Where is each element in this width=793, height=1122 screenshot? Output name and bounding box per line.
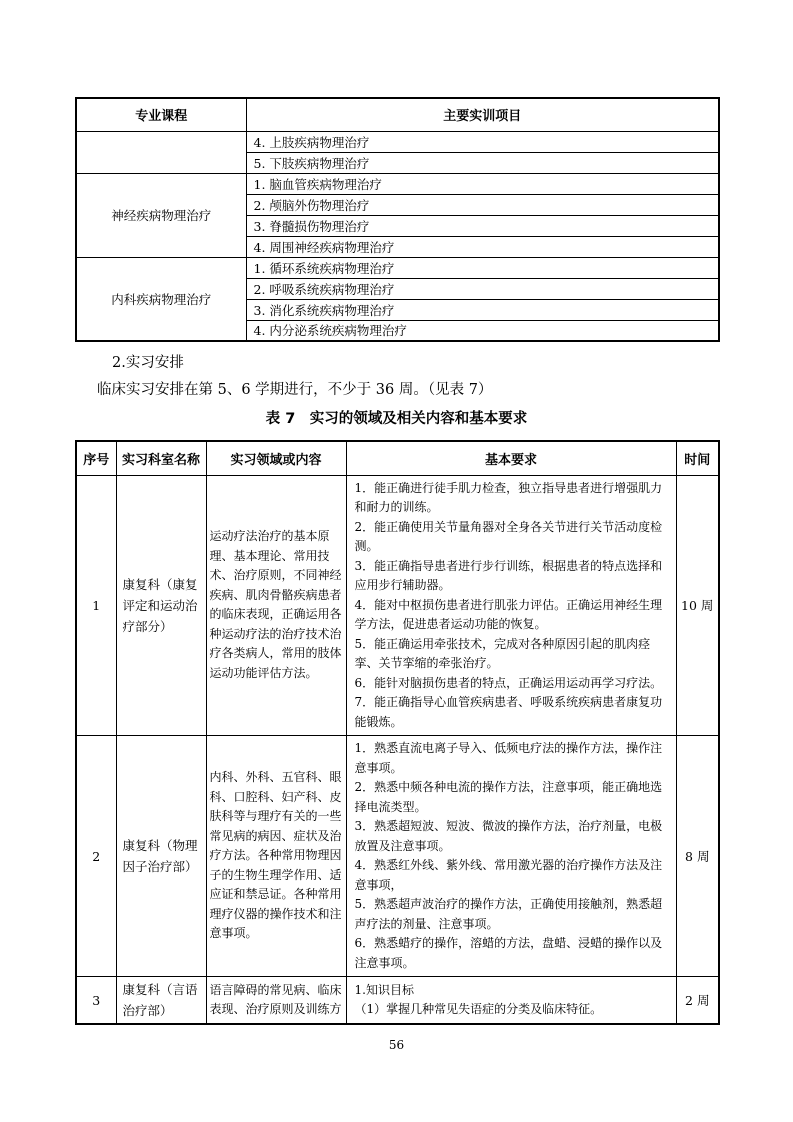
department-cell: 康复科（言语治疗部） [116, 977, 206, 1025]
department-cell: 康复科（康复评定和运动治疗部分） [116, 475, 206, 736]
document-page: 专业课程 主要实训项目 4. 上肢疾病物理治疗5. 下肢疾病物理治疗神经疾病物理… [0, 0, 793, 1122]
duration-cell: 2 周 [676, 977, 719, 1025]
page-number: 56 [0, 1038, 793, 1052]
training-item-cell: 4. 内分泌系统疾病物理治疗 [246, 320, 719, 341]
requirement-line: 4．能对中枢损伤患者进行肌张力评估。正确运用神经生理学方法，促进患者运动功能的恢… [355, 596, 668, 635]
internship-row: 1康复科（康复评定和运动治疗部分）运动疗法治疗的基本原理、基本理论、常用技术、治… [76, 475, 719, 736]
training-item-cell: 5. 下肢疾病物理治疗 [246, 152, 719, 173]
requirement-line: 6．熟悉蜡疗的操作，溶蜡的方法，盘蜡、浸蜡的操作以及注意事项。 [355, 934, 668, 973]
table1-header-projects: 主要实训项目 [246, 98, 719, 131]
table7-title: 表 7 实习的领域及相关内容和基本要求 [75, 407, 718, 428]
training-item-cell: 4. 上肢疾病物理治疗 [246, 131, 719, 152]
requirement-line: 2．能正确使用关节量角器对全身各关节进行关节活动度检测。 [355, 518, 668, 557]
requirement-line: 3．熟悉超短波、短波、微波的操作方法，治疗剂量，电极放置及注意事项。 [355, 817, 668, 856]
field-content-cell: 语言障碍的常见病、临床表现、治疗原则及训练方 [206, 977, 346, 1025]
field-content-cell: 运动疗法治疗的基本原理、基本理论、常用技术、治疗原则，不同神经疾病、肌肉骨骼疾病… [206, 475, 346, 736]
training-item-cell: 1. 循环系统疾病物理治疗 [246, 257, 719, 278]
table7-header-requirements: 基本要求 [346, 441, 676, 475]
course-name-cell: 神经疾病物理治疗 [76, 173, 246, 257]
table7-header-dept: 实习科室名称 [116, 441, 206, 475]
training-item-cell: 4. 周围神经疾病物理治疗 [246, 236, 719, 257]
table7-header-content: 实习领域或内容 [206, 441, 346, 475]
requirements-cell: 1．熟悉直流电离子导入、低频电疗法的操作方法，操作注意事项。2．熟悉中频各种电流… [346, 736, 676, 977]
requirement-line: 6．能针对脑损伤患者的特点，正确运用运动再学习疗法。 [355, 674, 668, 694]
section-heading: 2.实习安排 [112, 351, 184, 372]
requirement-line: 2．熟悉中频各种电流的操作方法，注意事项，能正确地选择电流类型。 [355, 778, 668, 817]
row-number-cell: 1 [76, 475, 116, 736]
requirement-line: 1．熟悉直流电离子导入、低频电疗法的操作方法，操作注意事项。 [355, 739, 668, 778]
requirements-cell: 1.知识目标（1）掌握几种常见失语症的分类及临床特征。 [346, 977, 676, 1025]
internship-row: 2康复科（物理因子治疗部）内科、外科、五官科、眼科、口腔科、妇产科、皮肤科等与理… [76, 736, 719, 977]
course-name-cell: 内科疾病物理治疗 [76, 257, 246, 341]
table7-header-duration: 时间 [676, 441, 719, 475]
section-paragraph: 临床实习安排在第 5、6 学期进行，不少于 36 周。（见表 7） [97, 378, 492, 399]
requirement-line: 5．熟悉超声波治疗的操作方法，正确使用接触剂，熟悉超声疗法的剂量、注意事项。 [355, 895, 668, 934]
table1-row: 4. 上肢疾病物理治疗 [76, 131, 719, 152]
row-number-cell: 3 [76, 977, 116, 1025]
field-content-cell: 内科、外科、五官科、眼科、口腔科、妇产科、皮肤科等与理疗有关的一些常见病的病因、… [206, 736, 346, 977]
requirement-line: （1）掌握几种常见失语症的分类及临床特征。 [355, 1000, 668, 1020]
table7-header-no: 序号 [76, 441, 116, 475]
table1-header-course: 专业课程 [76, 98, 246, 131]
table1-row: 内科疾病物理治疗1. 循环系统疾病物理治疗 [76, 257, 719, 278]
department-cell: 康复科（物理因子治疗部） [116, 736, 206, 977]
training-item-cell: 2. 呼吸系统疾病物理治疗 [246, 278, 719, 299]
training-item-cell: 1. 脑血管疾病物理治疗 [246, 173, 719, 194]
internship-table: 序号 实习科室名称 实习领域或内容 基本要求 时间 1康复科（康复评定和运动治疗… [75, 440, 720, 1025]
row-number-cell: 2 [76, 736, 116, 977]
requirements-cell: 1．能正确进行徒手肌力检查，独立指导患者进行增强肌力和耐力的训练。2．能正确使用… [346, 475, 676, 736]
requirement-line: 1．能正确进行徒手肌力检查，独立指导患者进行增强肌力和耐力的训练。 [355, 479, 668, 518]
training-item-cell: 2. 颅脑外伤物理治疗 [246, 194, 719, 215]
table1-header-row: 专业课程 主要实训项目 [76, 98, 719, 131]
table1-row: 神经疾病物理治疗1. 脑血管疾病物理治疗 [76, 173, 719, 194]
duration-cell: 10 周 [676, 475, 719, 736]
training-item-cell: 3. 脊髓损伤物理治疗 [246, 215, 719, 236]
professional-courses-table: 专业课程 主要实训项目 4. 上肢疾病物理治疗5. 下肢疾病物理治疗神经疾病物理… [75, 97, 720, 342]
requirement-line: 5．能正确运用牵张技术，完成对各种原因引起的肌肉痉挛、关节挛缩的牵张治疗。 [355, 635, 668, 674]
requirement-line: 1.知识目标 [355, 981, 668, 1001]
duration-cell: 8 周 [676, 736, 719, 977]
requirement-line: 3．能正确指导患者进行步行训练，根据患者的特点选择和应用步行辅助器。 [355, 557, 668, 596]
training-item-cell: 3. 消化系统疾病物理治疗 [246, 299, 719, 320]
requirement-line: 4．熟悉红外线、紫外线、常用激光器的治疗操作方法及注意事项， [355, 856, 668, 895]
course-name-cell [76, 131, 246, 173]
table7-header-row: 序号 实习科室名称 实习领域或内容 基本要求 时间 [76, 441, 719, 475]
internship-row: 3康复科（言语治疗部）语言障碍的常见病、临床表现、治疗原则及训练方1.知识目标（… [76, 977, 719, 1025]
requirement-line: 7．能正确指导心血管疾病患者、呼吸系统疾病患者康复功能锻炼。 [355, 693, 668, 732]
